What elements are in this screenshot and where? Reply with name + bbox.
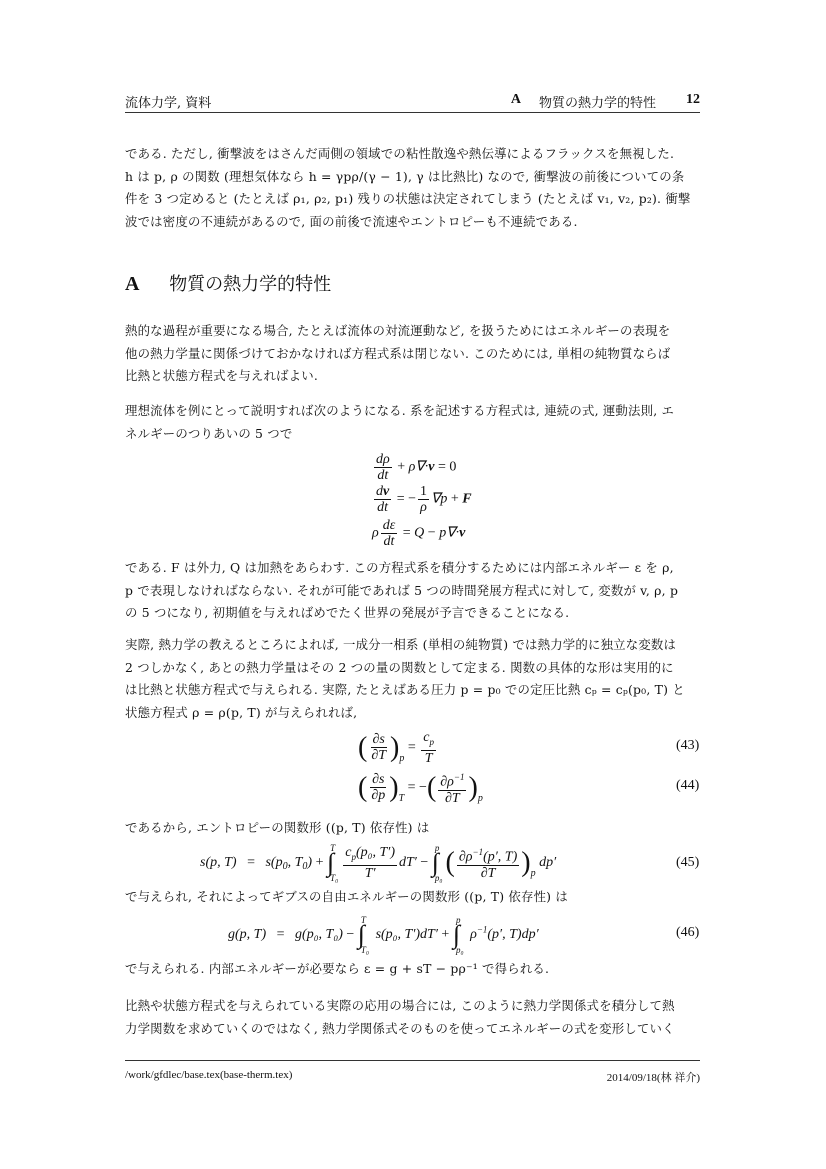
equation-45: s(p, T) = s(p0, T0) + ∫TT₀cp(p₀, T′)T′dT… — [200, 843, 556, 883]
text-line: 2 つしかなく, あとの熱力学量はその 2 つの量の関数として定まる. 関数の具… — [125, 657, 703, 680]
paragraph-3: である. F は外力, Q は加熱をあらわす. この方程式系を積分するためには内… — [125, 557, 703, 625]
text-line: 力学関数を求めていくのではなく, 熱力学関係式そのものを使ってエネルギーの式を変… — [125, 1018, 703, 1041]
text-line: 状態方程式 ρ = ρ(p, T) が与えられれば, — [125, 702, 703, 725]
intro-paragraph: である. ただし, 衝撃波をはさんだ両側の領域での粘性散逸や熱伝導によるフラック… — [125, 143, 703, 233]
equation-number-44: (44) — [676, 778, 699, 794]
equation-number-45: (45) — [676, 855, 699, 871]
section-title: 物質の熱力学的特性 — [169, 274, 331, 295]
running-footer: /work/gfdlec/base.tex(base-therm.tex) 20… — [125, 1069, 700, 1081]
equation-energy: ρdεdt = Q − p∇·v — [372, 518, 472, 552]
footer-rule — [125, 1060, 700, 1061]
text-line: である. F は外力, Q は加熱をあらわす. この方程式系を積分するためには内… — [125, 557, 703, 580]
footer-date-author: 2014/09/18(林 祥介) — [607, 1069, 700, 1085]
equation-motion: dvdt = −1ρ∇p + F — [372, 484, 472, 518]
running-header: 流体力学, 資料 A 物質の熱力学的特性 12 — [125, 92, 700, 112]
text-line: 理想流体を例にとって説明すれば次のようになる. 系を記述する方程式は, 連続の式… — [125, 400, 703, 423]
header-section-title: 物質の熱力学的特性 — [539, 92, 656, 111]
paragraph-8: 比熱や状態方程式を与えられている実際の応用の場合には, このように熱力学関係式を… — [125, 995, 703, 1040]
text-line: 波では密度の不連続があるので, 面の前後で流速やエントロピーも不連続である. — [125, 211, 703, 234]
text-line: 件を 3 つ定めると (たとえば ρ₁, ρ₂, p₁) 残りの状態は決定されて… — [125, 188, 703, 211]
text-line: の 5 つになり, 初期値を与えればめでたく世界の発展が予言できることになる. — [125, 602, 703, 625]
paragraph-6: で与えられ, それによってギブスの自由エネルギーの関数形 ((p, T) 依存性… — [125, 886, 703, 909]
footer-file-path: /work/gfdlec/base.tex(base-therm.tex) — [125, 1069, 292, 1081]
equation-number-43: (43) — [676, 738, 699, 754]
paragraph-5: であるから, エントロピーの関数形 ((p, T) 依存性) は — [125, 817, 703, 840]
paragraph-7: で与えられる. 内部エネルギーが必要なら ε = g + sT − pρ⁻¹ で… — [125, 958, 703, 981]
text-line: で与えられ, それによってギブスの自由エネルギーの関数形 ((p, T) 依存性… — [125, 886, 703, 909]
text-line: で与えられる. 内部エネルギーが必要なら ε = g + sT − pρ⁻¹ で… — [125, 958, 703, 981]
page-number: 12 — [686, 92, 700, 111]
section-number: A — [125, 273, 139, 295]
equation-46: g(p, T) = g(p₀, T₀) − ∫TT₀ s(p₀, T′)dT′ … — [228, 915, 539, 955]
text-line: であるから, エントロピーの関数形 ((p, T) 依存性) は — [125, 817, 703, 840]
text-line: 比熱と状態方程式を与えればよい. — [125, 365, 703, 388]
text-line: p で表現しなければならない. それが可能であれば 5 つの時間発展方程式に対し… — [125, 580, 703, 603]
equation-44: (∂s∂p)T = −(∂ρ−1∂T)p — [358, 770, 483, 806]
header-section-label: A — [511, 92, 521, 111]
text-line: は比熱と状態方程式で与えられる. 実際, たとえばある圧力 p = p₀ での定… — [125, 679, 703, 702]
text-line: 実際, 熱力学の教えるところによれば, 一成分一相系 (単相の純物質) では熱力… — [125, 634, 703, 657]
paragraph-1: 熱的な過程が重要になる場合, たとえば流体の対流運動など, を扱うためにはエネル… — [125, 320, 703, 388]
equation-43: (∂s∂T)p = cpT — [358, 730, 438, 766]
section-heading: A 物質の熱力学的特性 — [125, 270, 331, 296]
paragraph-2: 理想流体を例にとって説明すれば次のようになる. 系を記述する方程式は, 連続の式… — [125, 400, 703, 445]
text-line: h は p, ρ の関数 (理想気体なら h = γpρ/(γ − 1), γ … — [125, 166, 703, 189]
text-line: 比熱や状態方程式を与えられている実際の応用の場合には, このように熱力学関係式を… — [125, 995, 703, 1018]
equation-number-46: (46) — [676, 925, 699, 941]
equation-continuity: dρdt + ρ∇·v = 0 — [372, 452, 472, 484]
text-line: である. ただし, 衝撃波をはさんだ両側の領域での粘性散逸や熱伝導によるフラック… — [125, 143, 703, 166]
header-doc-title: 流体力学, 資料 — [125, 92, 211, 111]
header-rule — [125, 112, 700, 113]
text-line: ネルギーのつりあいの 5 つで — [125, 423, 703, 446]
paragraph-4: 実際, 熱力学の教えるところによれば, 一成分一相系 (単相の純物質) では熱力… — [125, 634, 703, 724]
text-line: 他の熱力学量に関係づけておかなければ方程式系は閉じない. このためには, 単相の… — [125, 343, 703, 366]
header-right: A 物質の熱力学的特性 12 — [511, 92, 700, 111]
text-line: 熱的な過程が重要になる場合, たとえば流体の対流運動など, を扱うためにはエネル… — [125, 320, 703, 343]
equation-system: dρdt + ρ∇·v = 0 dvdt = −1ρ∇p + F ρdεdt =… — [372, 452, 472, 552]
